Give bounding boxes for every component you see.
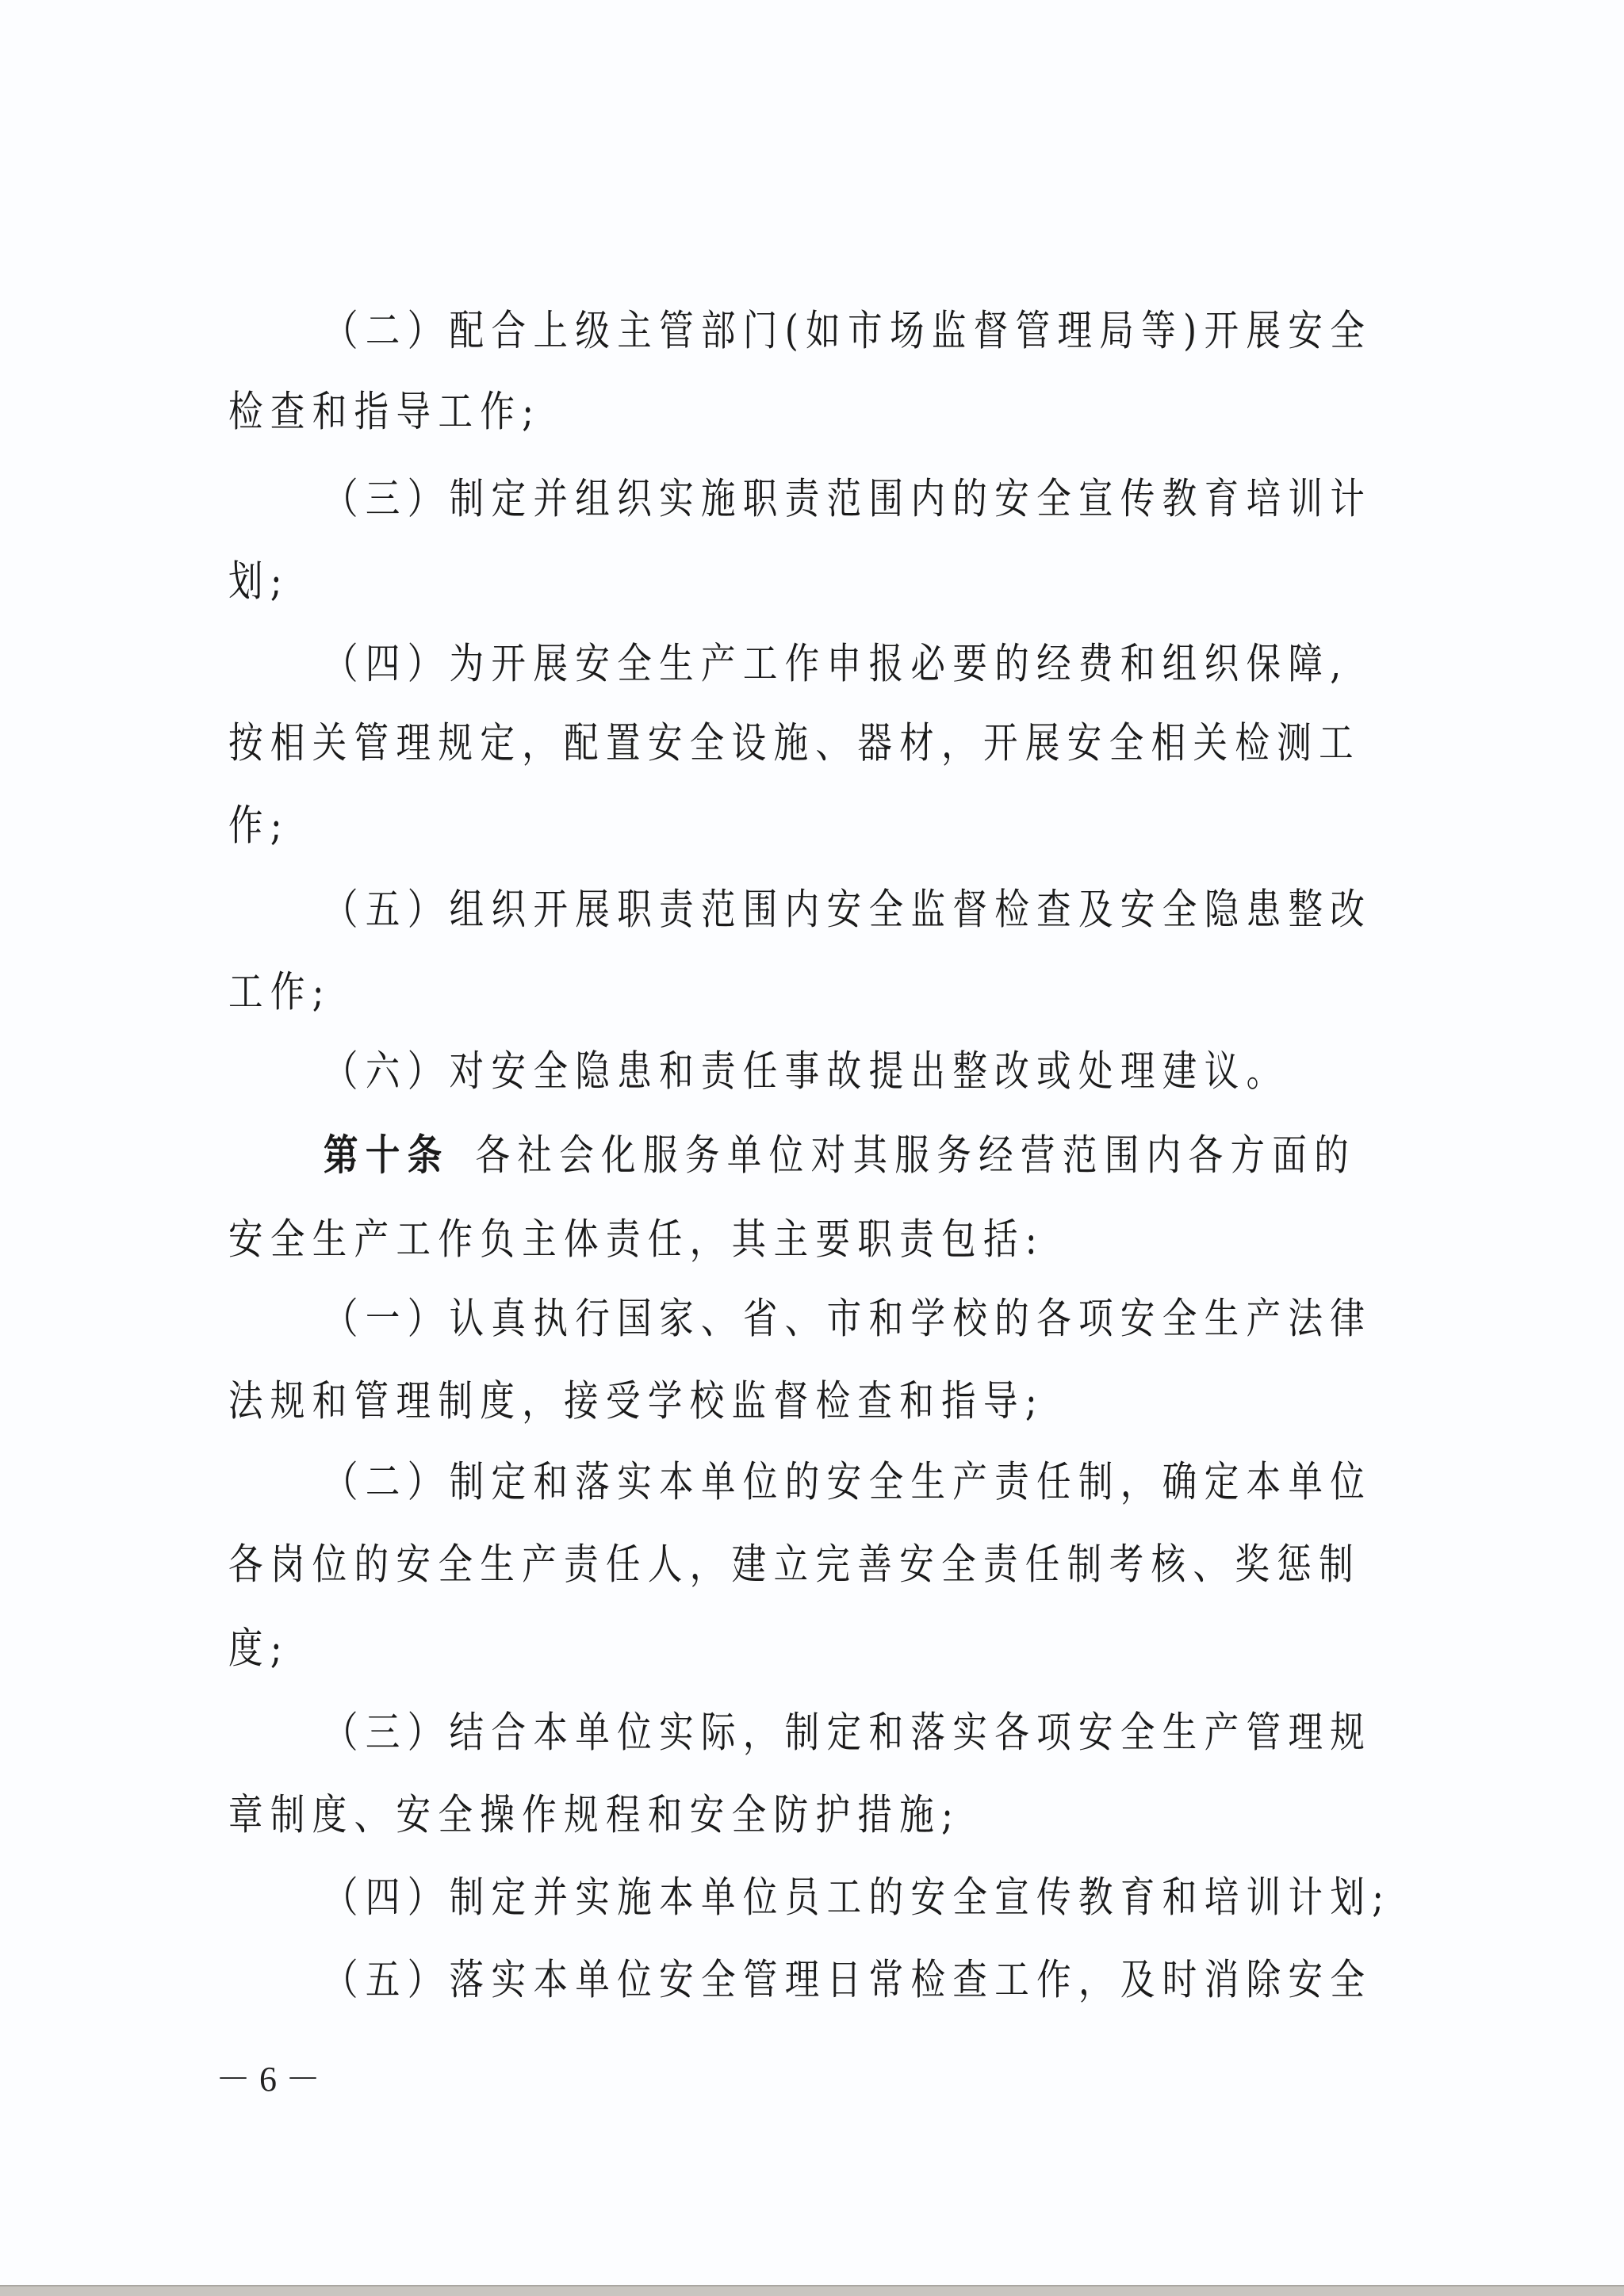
article-label: 第十条 <box>324 1131 450 1180</box>
text-line: （一）认真执行国家、省、市和学校的各项安全生产法律 <box>324 1288 1372 1351</box>
line-text: （二）配合上级主管部门(如市场监督管理局等)开展安全 <box>324 307 1372 355</box>
text-line: 章制度、安全操作规程和安全防护措施; <box>228 1784 960 1847</box>
text-line: （四）制定并实施本单位员工的安全宣传教育和培训计划; <box>324 1866 1391 1930</box>
article-heading-line: 第十条各社会化服务单位对其服务经营范围内各方面的 <box>324 1124 1356 1188</box>
line-text: 章制度、安全操作规程和安全防护措施; <box>228 1791 960 1839</box>
text-line: （三）结合本单位实际，制定和落实各项安全生产管理规 <box>324 1701 1372 1765</box>
text-line: 按相关管理规定，配置安全设施、器材，开展安全相关检测工 <box>228 712 1361 775</box>
text-line: 检查和指导工作; <box>228 381 541 444</box>
line-text: 度; <box>228 1624 289 1673</box>
text-line: 工作; <box>228 961 331 1024</box>
text-line: （四）为开展安全生产工作申报必要的经费和组织保障, <box>324 633 1349 696</box>
line-text: 工作; <box>228 968 331 1016</box>
line-text: （三）结合本单位实际，制定和落实各项安全生产管理规 <box>324 1709 1372 1757</box>
text-line: （二）制定和落实本单位的安全生产责任制，确定本单位 <box>324 1451 1372 1514</box>
text-line: （二）配合上级主管部门(如市场监督管理局等)开展安全 <box>324 300 1372 363</box>
line-text: （三）制定并组织实施职责范围内的安全宣传教育培训计 <box>324 475 1372 523</box>
line-text: 法规和管理制度，接受学校监督检查和指导; <box>228 1377 1044 1425</box>
text-line: 安全生产工作负主体责任，其主要职责包括: <box>228 1208 1044 1272</box>
line-text: 各岗位的安全生产责任人，建立完善安全责任制考核、奖惩制 <box>228 1540 1361 1589</box>
text-line: 作; <box>228 794 289 858</box>
line-text: （六）对安全隐患和责任事故提出整改或处理建议。 <box>324 1047 1288 1096</box>
line-text: 划; <box>228 557 289 606</box>
text-line: （五）组织开展职责范围内安全监督检查及安全隐患整改 <box>324 878 1372 942</box>
document-page: （二）配合上级主管部门(如市场监督管理局等)开展安全 检查和指导工作; （三）制… <box>0 0 1624 2285</box>
line-text: （一）认真执行国家、省、市和学校的各项安全生产法律 <box>324 1295 1372 1343</box>
line-text: 作; <box>228 802 289 850</box>
line-text: （二）制定和落实本单位的安全生产责任制，确定本单位 <box>324 1458 1372 1506</box>
line-text: 按相关管理规定，配置安全设施、器材，开展安全相关检测工 <box>228 719 1361 767</box>
line-text: （四）制定并实施本单位员工的安全宣传教育和培训计划; <box>324 1873 1391 1922</box>
line-text: （五）组织开展职责范围内安全监督检查及安全隐患整改 <box>324 886 1372 934</box>
text-line: （六）对安全隐患和责任事故提出整改或处理建议。 <box>324 1040 1288 1104</box>
line-text: （四）为开展安全生产工作申报必要的经费和组织保障, <box>324 640 1349 688</box>
text-line: （五）落实本单位安全管理日常检查工作，及时消除安全 <box>324 1949 1372 2012</box>
text-line: （三）制定并组织实施职责范围内的安全宣传教育培训计 <box>324 468 1372 531</box>
text-line: 各岗位的安全生产责任人，建立完善安全责任制考核、奖惩制 <box>228 1533 1361 1597</box>
page-number: － 6 － <box>216 2060 320 2099</box>
line-text: 检查和指导工作; <box>228 388 541 436</box>
text-line: 法规和管理制度，接受学校监督检查和指导; <box>228 1370 1044 1433</box>
line-text: 各社会化服务单位对其服务经营范围内各方面的 <box>475 1131 1356 1180</box>
line-text: 安全生产工作负主体责任，其主要职责包括: <box>228 1215 1044 1264</box>
line-text: （五）落实本单位安全管理日常检查工作，及时消除安全 <box>324 1956 1372 2004</box>
text-line: 度; <box>228 1617 289 1681</box>
text-line: 划; <box>228 550 289 614</box>
scanner-edge <box>0 2285 1624 2296</box>
